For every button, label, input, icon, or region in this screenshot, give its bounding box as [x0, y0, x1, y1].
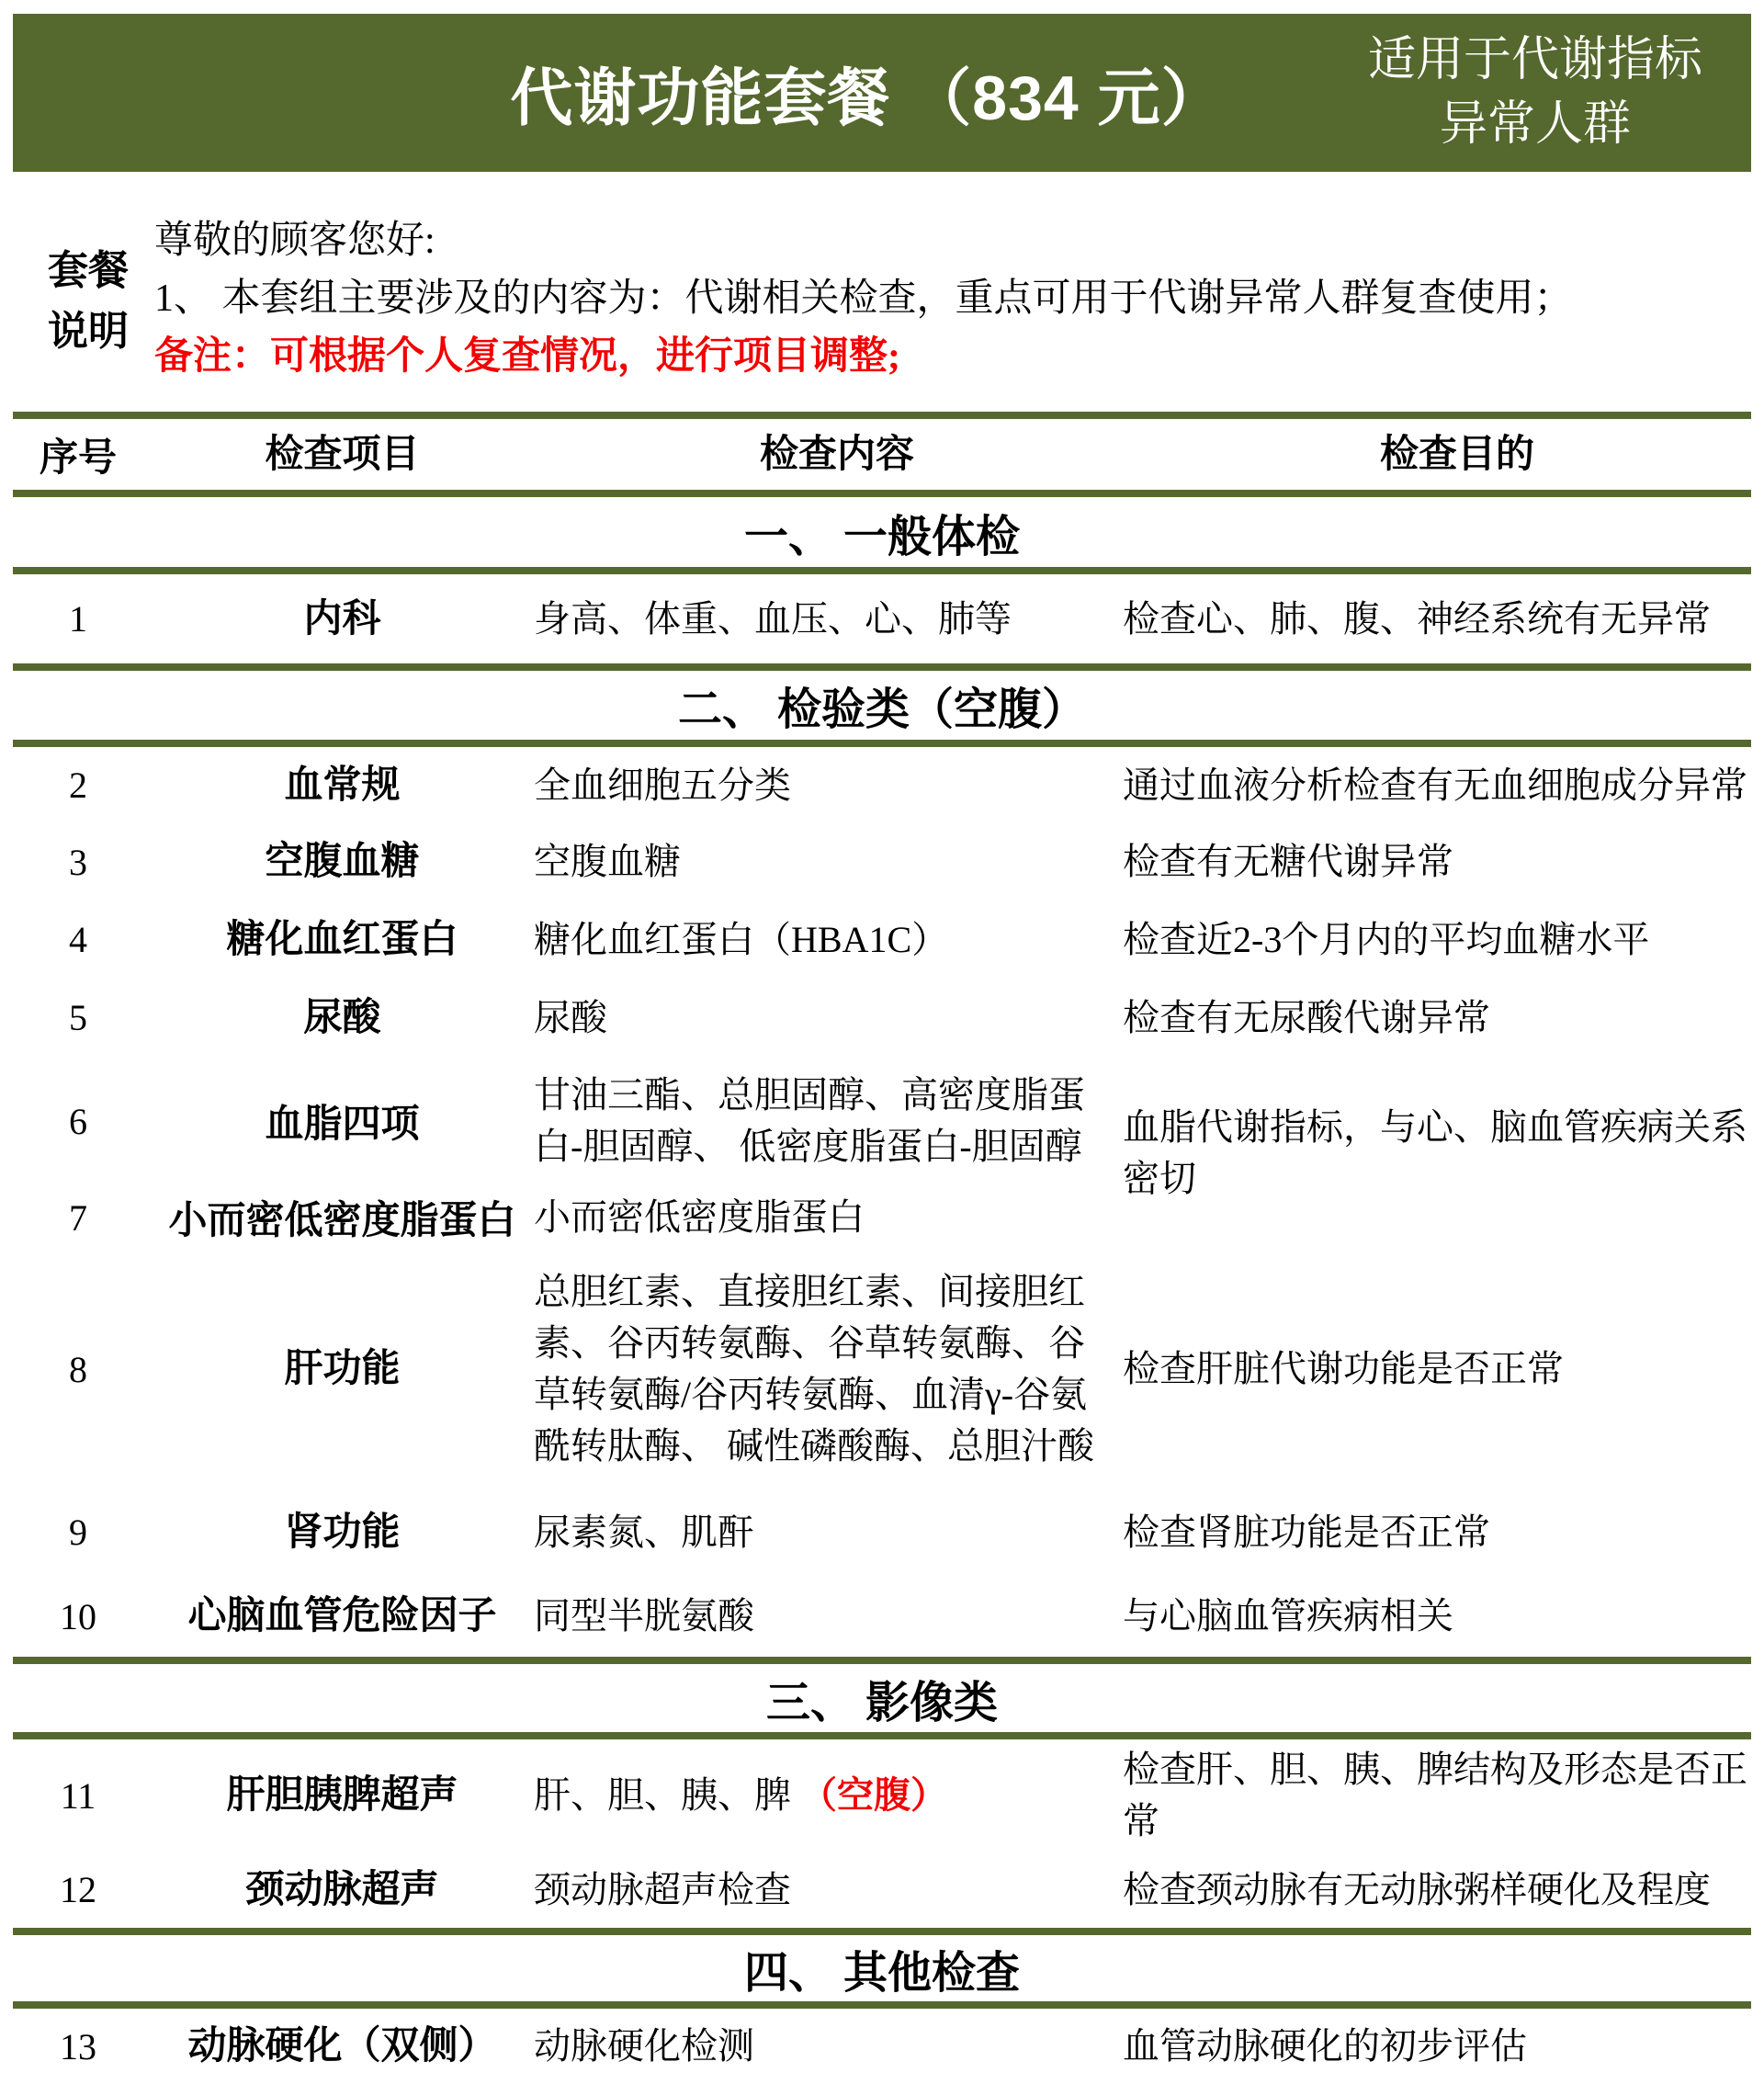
intro-line-1: 1、 本套组主要涉及的内容为：代谢相关检查，重点可用于代谢异常人群复查使用；	[154, 266, 1661, 323]
cell-no: 1	[0, 597, 156, 640]
table-row-2: 2 血常规 全血细胞五分类 通过血液分析检查有无血细胞成分异常	[0, 747, 1764, 823]
intro-remark: 备注：可根据个人复查情况，进行项目调整;	[154, 323, 1661, 381]
cell-content: 肝、胆、胰、脾 （空腹）	[528, 1770, 1102, 1821]
fasting-highlight: （空腹）	[800, 1774, 947, 1816]
divider-bar	[13, 1928, 1751, 1935]
cell-item: 肾功能	[156, 1509, 528, 1557]
cell-purpose: 检查近2-3个月内的平均血糖水平	[1102, 914, 1764, 966]
document-page: 代谢功能套餐 （834 元） 适用于代谢指标 异常人群 套餐 说明 尊敬的顾客您…	[0, 0, 1764, 2084]
cell-purpose: 血管动脉硬化的初步评估	[1102, 2021, 1764, 2072]
cell-no: 4	[0, 918, 156, 961]
table-header-row: 序号 检查项目 检查内容 检查目的	[0, 419, 1764, 490]
table-row-9: 9 肾功能 尿素氮、肌酐 检查肾脏功能是否正常	[0, 1489, 1764, 1576]
cell-content: 空腹血糖	[528, 836, 1102, 888]
audience-line-2: 异常人群	[1440, 93, 1631, 157]
header-banner: 代谢功能套餐 （834 元） 适用于代谢指标 异常人群	[13, 14, 1751, 172]
table-row-10: 10 心脑血管危险因子 同型半胱氨酸 与心脑血管疾病相关	[0, 1576, 1764, 1657]
cell-purpose: 检查肝、胆、胰、脾结构及形态是否正常	[1102, 1744, 1764, 1847]
divider-bar	[13, 663, 1751, 671]
section-title-3: 三、 影像类	[0, 1664, 1764, 1732]
divider-bar	[13, 1657, 1751, 1664]
cell-content: 小而密低密度脂蛋白	[528, 1185, 1102, 1250]
table-row-3: 3 空腹血糖 空腹血糖 检查有无糖代谢异常	[0, 823, 1764, 900]
cell-item: 糖化血红蛋白	[156, 916, 528, 964]
cell-no: 9	[0, 1511, 156, 1554]
cell-no: 3	[0, 841, 156, 884]
cell-item: 心脑血管危险因子	[156, 1592, 528, 1640]
cell-no: 12	[0, 1868, 156, 1911]
cell-item: 血常规	[156, 762, 528, 810]
section-title-4: 四、 其他检查	[0, 1935, 1764, 2001]
cell-no: 8	[0, 1348, 156, 1391]
cell-item: 空腹血糖	[156, 838, 528, 886]
table-rows-6-7-merged: 6 血脂四项 甘油三酯、总胆固醇、高密度脂蛋白-胆固醇、 低密度脂蛋白-胆固醇 …	[0, 1057, 1764, 1250]
table-row-12: 12 颈动脉超声 颈动脉超声检查 检查颈动脉有无动脉粥样硬化及程度	[0, 1852, 1764, 1928]
cell-content: 糖化血红蛋白（HBA1C）	[528, 914, 1102, 966]
cell-no: 6	[0, 1057, 156, 1185]
table-row-13: 13 动脉硬化（双侧） 动脉硬化检测 血管动脉硬化的初步评估	[0, 2009, 1764, 2084]
cell-item: 肝功能	[156, 1345, 528, 1393]
cell-content: 甘油三酯、总胆固醇、高密度脂蛋白-胆固醇、 低密度脂蛋白-胆固醇	[528, 1057, 1102, 1185]
package-note-label-line2: 说明	[42, 301, 134, 362]
col-header-no: 序号	[0, 427, 156, 482]
table-row-4: 4 糖化血红蛋白 糖化血红蛋白（HBA1C） 检查近2-3个月内的平均血糖水平	[0, 900, 1764, 979]
cell-content: 动脉硬化检测	[528, 2021, 1102, 2072]
cell-content-text: 肝、胆、胰、脾	[534, 1774, 800, 1816]
cell-item: 小而密低密度脂蛋白	[156, 1185, 528, 1250]
package-note-label-line1: 套餐	[42, 241, 134, 301]
col-header-content: 检查内容	[528, 429, 1102, 481]
table-row-1: 1 内科 身高、体重、血压、心、肺等 检查心、肺、腹、神经系统有无异常	[0, 574, 1764, 663]
divider-bar	[13, 1732, 1751, 1739]
divider-bar	[13, 2001, 1751, 2009]
cell-purpose-merged: 血脂代谢指标，与心、脑血管疾病关系密切	[1102, 1057, 1764, 1250]
cell-purpose: 通过血液分析检查有无血细胞成分异常	[1102, 760, 1764, 811]
col-header-purpose: 检查目的	[1102, 429, 1764, 481]
audience-line-1: 适用于代谢指标	[1368, 28, 1702, 93]
cell-purpose: 检查有无尿酸代谢异常	[1102, 992, 1764, 1044]
cell-item: 动脉硬化（双侧）	[156, 2022, 528, 2070]
cell-item: 尿酸	[156, 994, 528, 1042]
cell-content: 颈动脉超声检查	[528, 1864, 1102, 1916]
cell-purpose: 检查心、肺、腹、神经系统有无异常	[1102, 594, 1764, 645]
exam-table: 序号 检查项目 检查内容 检查目的 一、 一般体检 1 内科 身高、体重、血压、…	[0, 412, 1764, 2084]
audience-note: 适用于代谢指标 异常人群	[1329, 14, 1742, 172]
cell-purpose: 与心脑血管疾病相关	[1102, 1591, 1764, 1642]
table-row-11: 11 肝胆胰脾超声 肝、胆、胰、脾 （空腹） 检查肝、胆、胰、脾结构及形态是否正…	[0, 1739, 1764, 1852]
cell-no: 10	[0, 1595, 156, 1638]
section-title-1: 一、 一般体检	[0, 497, 1764, 567]
table-row-5: 5 尿酸 尿酸 检查有无尿酸代谢异常	[0, 979, 1764, 1057]
cell-no: 13	[0, 2025, 156, 2068]
divider-bar	[13, 490, 1751, 497]
cell-content: 尿素氮、肌酐	[528, 1507, 1102, 1558]
cell-item: 内科	[156, 595, 528, 643]
cell-content: 身高、体重、血压、心、肺等	[528, 594, 1102, 645]
section-title-2: 二、 检验类（空腹）	[0, 671, 1764, 740]
divider-bar	[13, 412, 1751, 419]
cell-no: 7	[0, 1185, 156, 1250]
cell-no: 5	[0, 996, 156, 1039]
intro-greeting: 尊敬的顾客您好:	[154, 208, 1661, 266]
cell-no: 2	[0, 764, 156, 807]
cell-content: 总胆红素、直接胆红素、间接胆红素、谷丙转氨酶、谷草转氨酶、谷草转氨酶/谷丙转氨酶…	[528, 1266, 1102, 1472]
cell-no: 11	[0, 1774, 156, 1818]
col-header-item: 检查项目	[156, 431, 528, 479]
cell-content: 同型半胱氨酸	[528, 1591, 1102, 1642]
table-row-8: 8 肝功能 总胆红素、直接胆红素、间接胆红素、谷丙转氨酶、谷草转氨酶、谷草转氨酶…	[0, 1250, 1764, 1489]
intro-text: 尊敬的顾客您好: 1、 本套组主要涉及的内容为：代谢相关检查，重点可用于代谢异常…	[154, 208, 1661, 381]
package-note-label: 套餐 说明	[42, 241, 134, 362]
cell-content: 尿酸	[528, 992, 1102, 1044]
cell-purpose: 检查颈动脉有无动脉粥样硬化及程度	[1102, 1864, 1764, 1916]
divider-bar	[13, 567, 1751, 574]
cell-purpose: 检查有无糖代谢异常	[1102, 836, 1764, 888]
divider-bar	[13, 740, 1751, 747]
cell-item: 血脂四项	[156, 1057, 528, 1185]
cell-content: 全血细胞五分类	[528, 760, 1102, 811]
cell-item: 颈动脉超声	[156, 1866, 528, 1914]
cell-item: 肝胆胰脾超声	[156, 1772, 528, 1819]
cell-purpose: 检查肝脏代谢功能是否正常	[1102, 1343, 1764, 1395]
cell-purpose: 检查肾脏功能是否正常	[1102, 1507, 1764, 1558]
